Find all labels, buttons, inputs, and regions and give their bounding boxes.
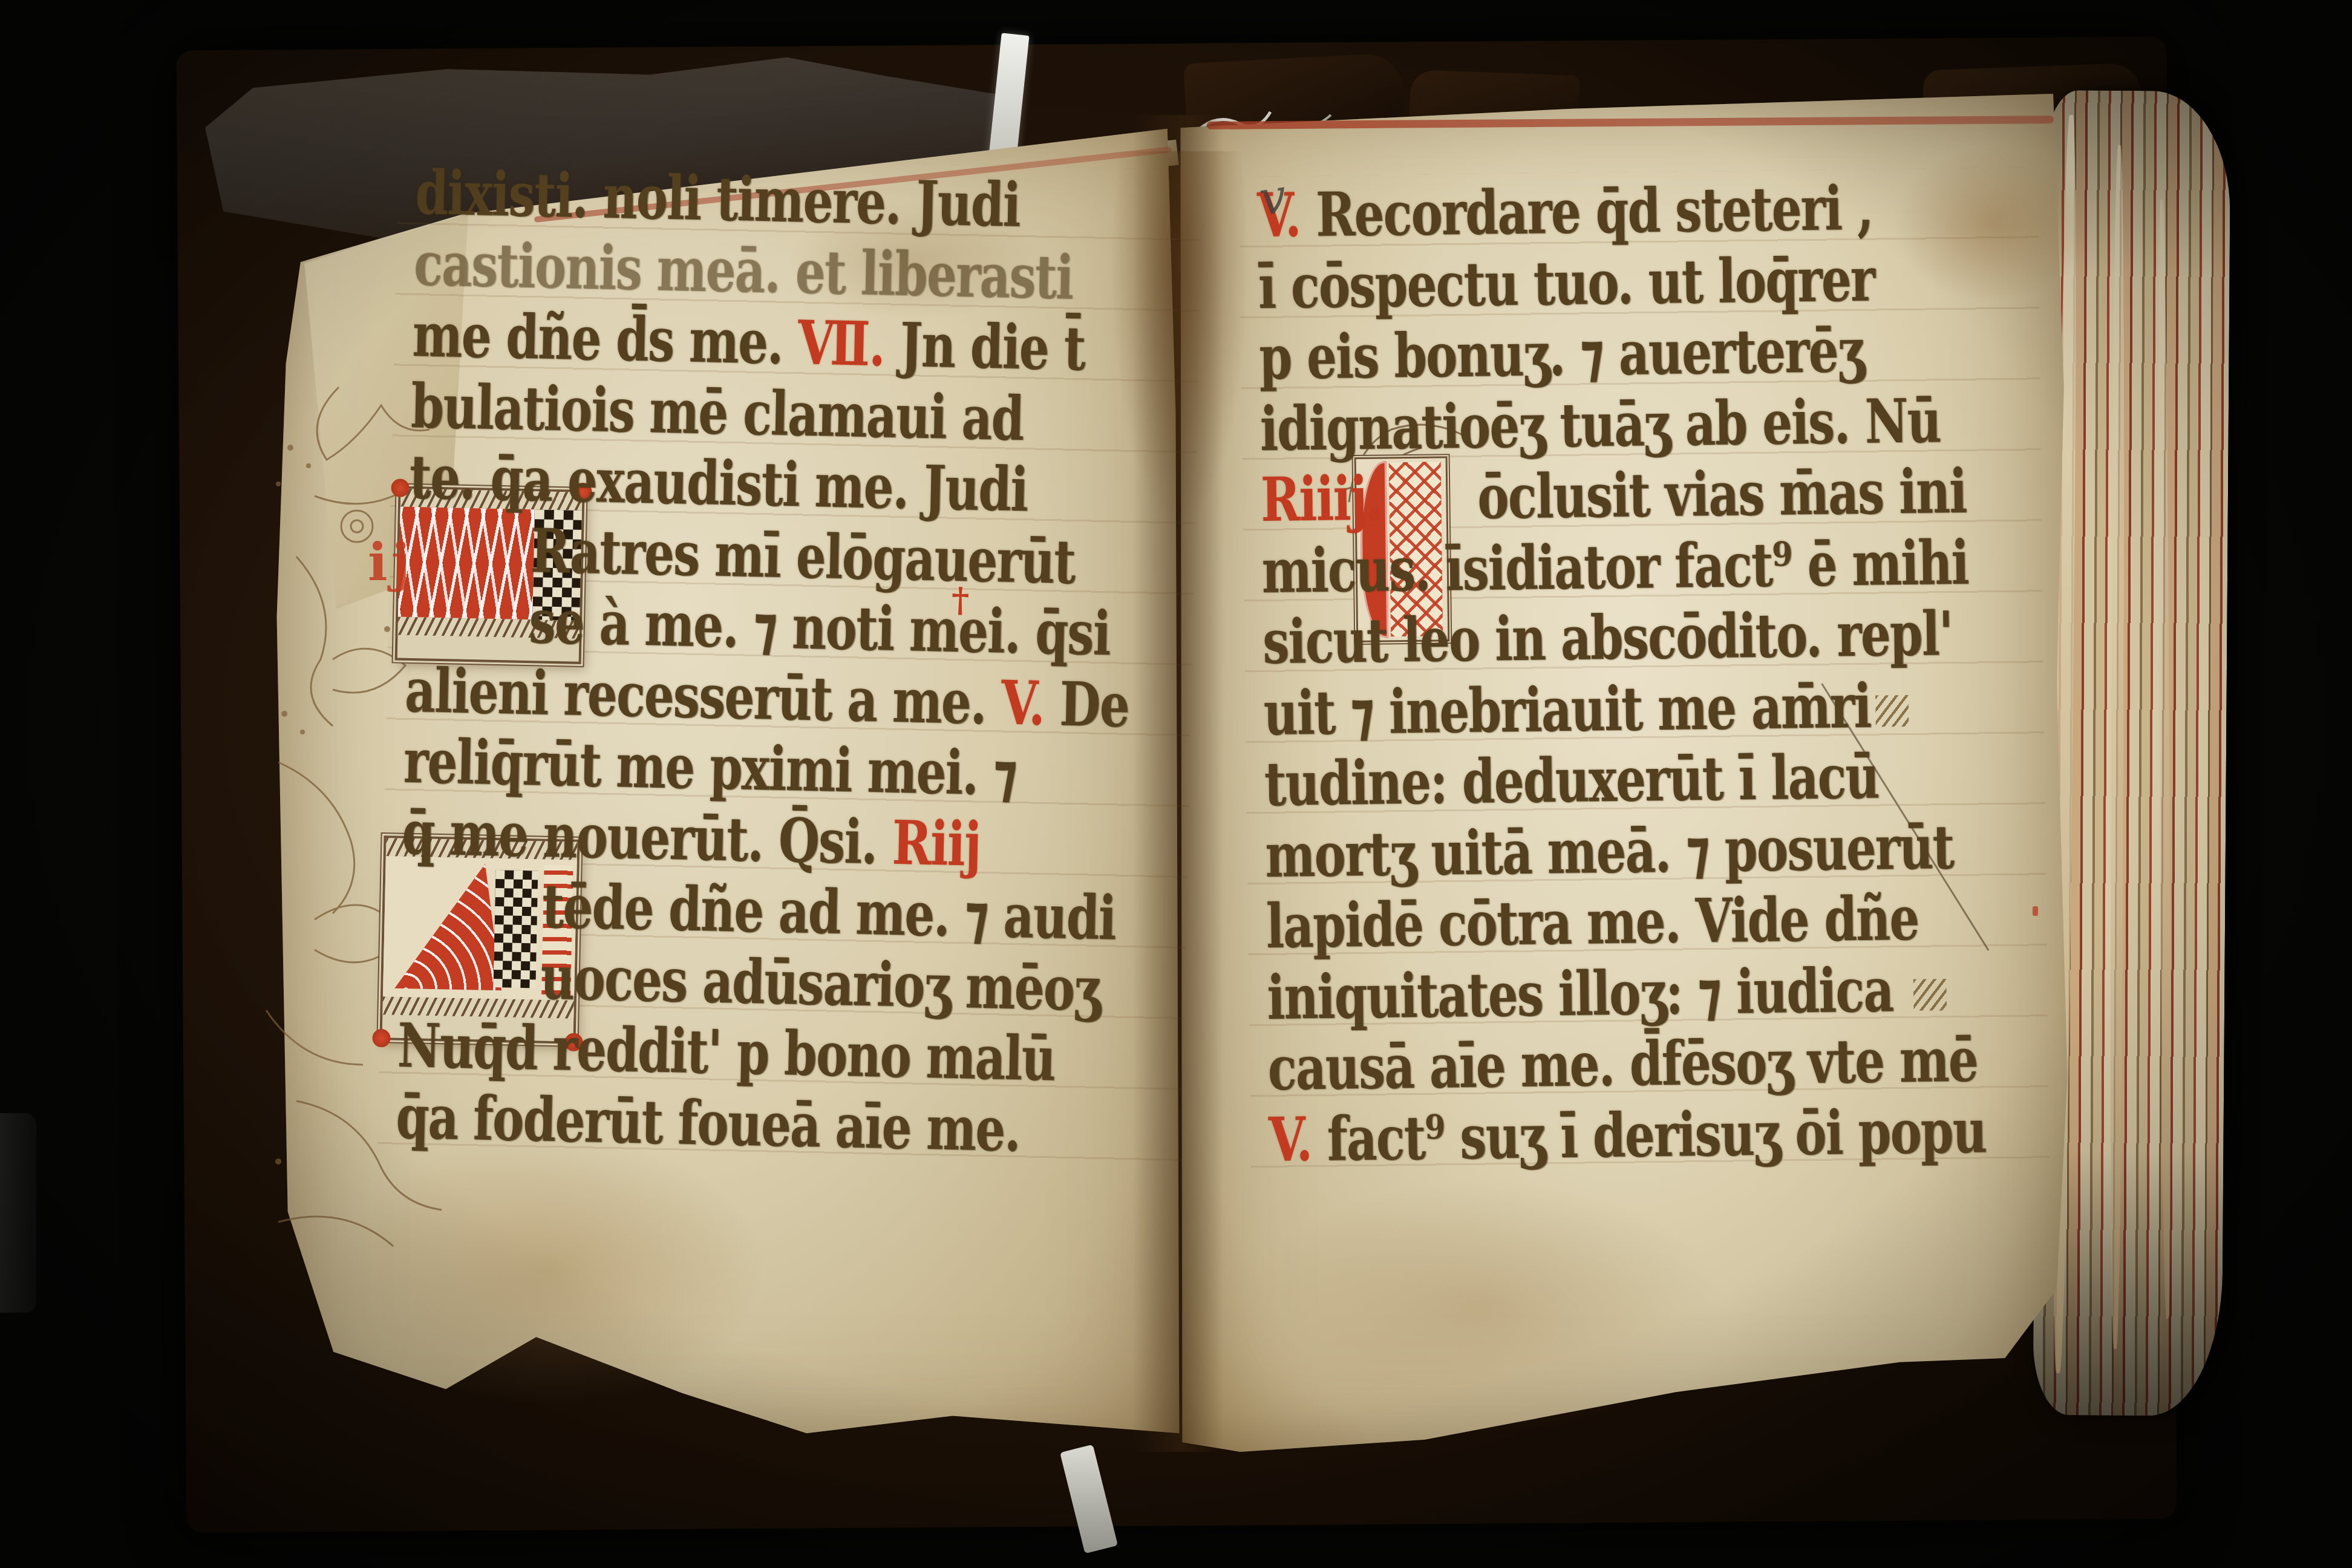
text-run: castionis meā. et liberasti bbox=[413, 227, 1074, 313]
text-run: tudine: deduxerūt ī lacū bbox=[1264, 741, 1879, 820]
text-run: se à me. ⁊ noti mei. q̄si bbox=[529, 586, 1111, 669]
text-run: Recordare q̄d steteri , bbox=[1315, 172, 1873, 250]
manuscript-line: q̄ me nouerūt. Q̄si. Riij bbox=[401, 798, 981, 881]
text-run: mortʒ uitā meā. ⁊ posuerūt bbox=[1265, 811, 1954, 891]
text-run: Riij bbox=[892, 806, 982, 880]
text-run: reliq̄rūt me pximi mei. ⁊ bbox=[403, 725, 1018, 809]
text-run: sicut leo in abscōdito. repl' bbox=[1263, 598, 1953, 678]
right-page-text: V. Recordare q̄d steteri ,ī cōspectu tuo… bbox=[1257, 172, 2038, 1221]
text-run: q̄a foderūt foueā aīe me. bbox=[396, 1080, 1021, 1165]
text-run: causā aīe me. d̄fēsoʒ vte mē bbox=[1267, 1024, 1978, 1104]
text-run: lapidē cōtra me. Vide dñe bbox=[1266, 883, 1919, 962]
manuscript-line: Riiij. ōclusit vias m̄as ini bbox=[1261, 457, 1967, 537]
text-run: Riiij. bbox=[1261, 462, 1398, 535]
text-run: idignatioēʒ tuāʒ ab eis. Nū bbox=[1259, 385, 1941, 465]
text-run: dixisti. noli timere. Judi bbox=[415, 157, 1021, 241]
manuscript-line: lapidē cōtra me. Vide dñe bbox=[1266, 884, 1919, 964]
text-run: micus. īsidiator fact⁹ ē mihi bbox=[1261, 526, 1968, 606]
manuscript-line: micus. īsidiator fact⁹ ē mihi bbox=[1261, 528, 1968, 608]
text-run: ī cōspectu tuo. ut loq̄rer bbox=[1258, 243, 1875, 322]
text-run: alieni recesserūt a me. bbox=[404, 654, 1002, 738]
manuscript-line: iniquitates illoʒ: ⁊ iudica bbox=[1267, 955, 1947, 1035]
manuscript-line: tudine: deduxerūt ī lacū bbox=[1264, 743, 1879, 822]
text-run: uit ⁊ inebriauit me am̄ri bbox=[1263, 670, 1871, 748]
margin-rubric-mark: ij bbox=[368, 532, 414, 593]
text-run: De bbox=[1059, 668, 1130, 740]
text-run: me dñe d̄s me. bbox=[412, 299, 799, 378]
table-clamp-shadow bbox=[0, 1113, 36, 1313]
text-run: bulatiois mē clamaui ad bbox=[410, 370, 1024, 454]
text-run: tēde dñe ad me. ⁊ audi bbox=[541, 871, 1116, 954]
text-run: Ratres mī elōgauerūt bbox=[530, 515, 1076, 598]
text-run: iniquitates illoʒ: ⁊ iudica bbox=[1267, 953, 1909, 1033]
manuscript-line: V. fact⁹ suʒ ī derisuʒ ōi popu bbox=[1269, 1097, 1987, 1177]
text-run: uoces adūsarioʒ mēoʒ bbox=[540, 941, 1100, 1024]
manuscript-line: sicut leo in abscōdito. repl' bbox=[1263, 599, 1953, 679]
manuscript-line: p eis bonuʒ. ⁊ auerterēʒ bbox=[1259, 316, 1864, 395]
text-run: q̄ me nouerūt. Q̄si. bbox=[401, 796, 893, 878]
manuscript-line: te. q̄a exaudisti me. Judi bbox=[409, 443, 1028, 527]
manuscript-line: ī cōspectu tuo. ut loq̄rer bbox=[1258, 245, 1875, 324]
line-filler bbox=[1397, 518, 1478, 520]
text-run: V. bbox=[1001, 667, 1060, 739]
manuscript-line: causā aīe me. d̄fēsoʒ vte mē bbox=[1267, 1026, 1978, 1106]
red-knob bbox=[372, 1029, 391, 1048]
gutter-stain bbox=[1110, 151, 1249, 526]
manuscript-line: Ratres mī elōgauerūt bbox=[407, 514, 1076, 599]
text-run: ōclusit vias m̄as ini bbox=[1477, 456, 1967, 533]
text-run: Nuq̄d reddit' p bono malū bbox=[397, 1010, 1056, 1095]
manuscript-line: q̄a foderūt foueā aīe me. bbox=[396, 1082, 1021, 1167]
line-filler bbox=[1913, 979, 1946, 1011]
left-page-text: † dixisti. noli timere. Judicastionis me… bbox=[394, 158, 1191, 1215]
text-run: V. bbox=[1269, 1103, 1328, 1175]
line-filler bbox=[1875, 694, 1909, 727]
manuscript-line: V. Recordare q̄d steteri , bbox=[1257, 174, 1873, 253]
text-run: p eis bonuʒ. ⁊ auerterēʒ bbox=[1259, 315, 1864, 393]
text-run: Jn die t̄ bbox=[900, 309, 1086, 384]
manuscript-line: idignatioēʒ tuāʒ ab eis. Nū bbox=[1259, 387, 1941, 466]
text-run: Ⅶ. bbox=[797, 307, 901, 381]
manuscript-line: uit ⁊ inebriauit me am̄ri bbox=[1263, 671, 1909, 750]
manuscript-line: mortʒ uitā meā. ⁊ posuerūt bbox=[1265, 813, 1954, 893]
text-run: fact⁹ suʒ ī derisuʒ ōi popu bbox=[1327, 1095, 1987, 1174]
text-run: te. q̄a exaudisti me. Judi bbox=[409, 441, 1028, 525]
